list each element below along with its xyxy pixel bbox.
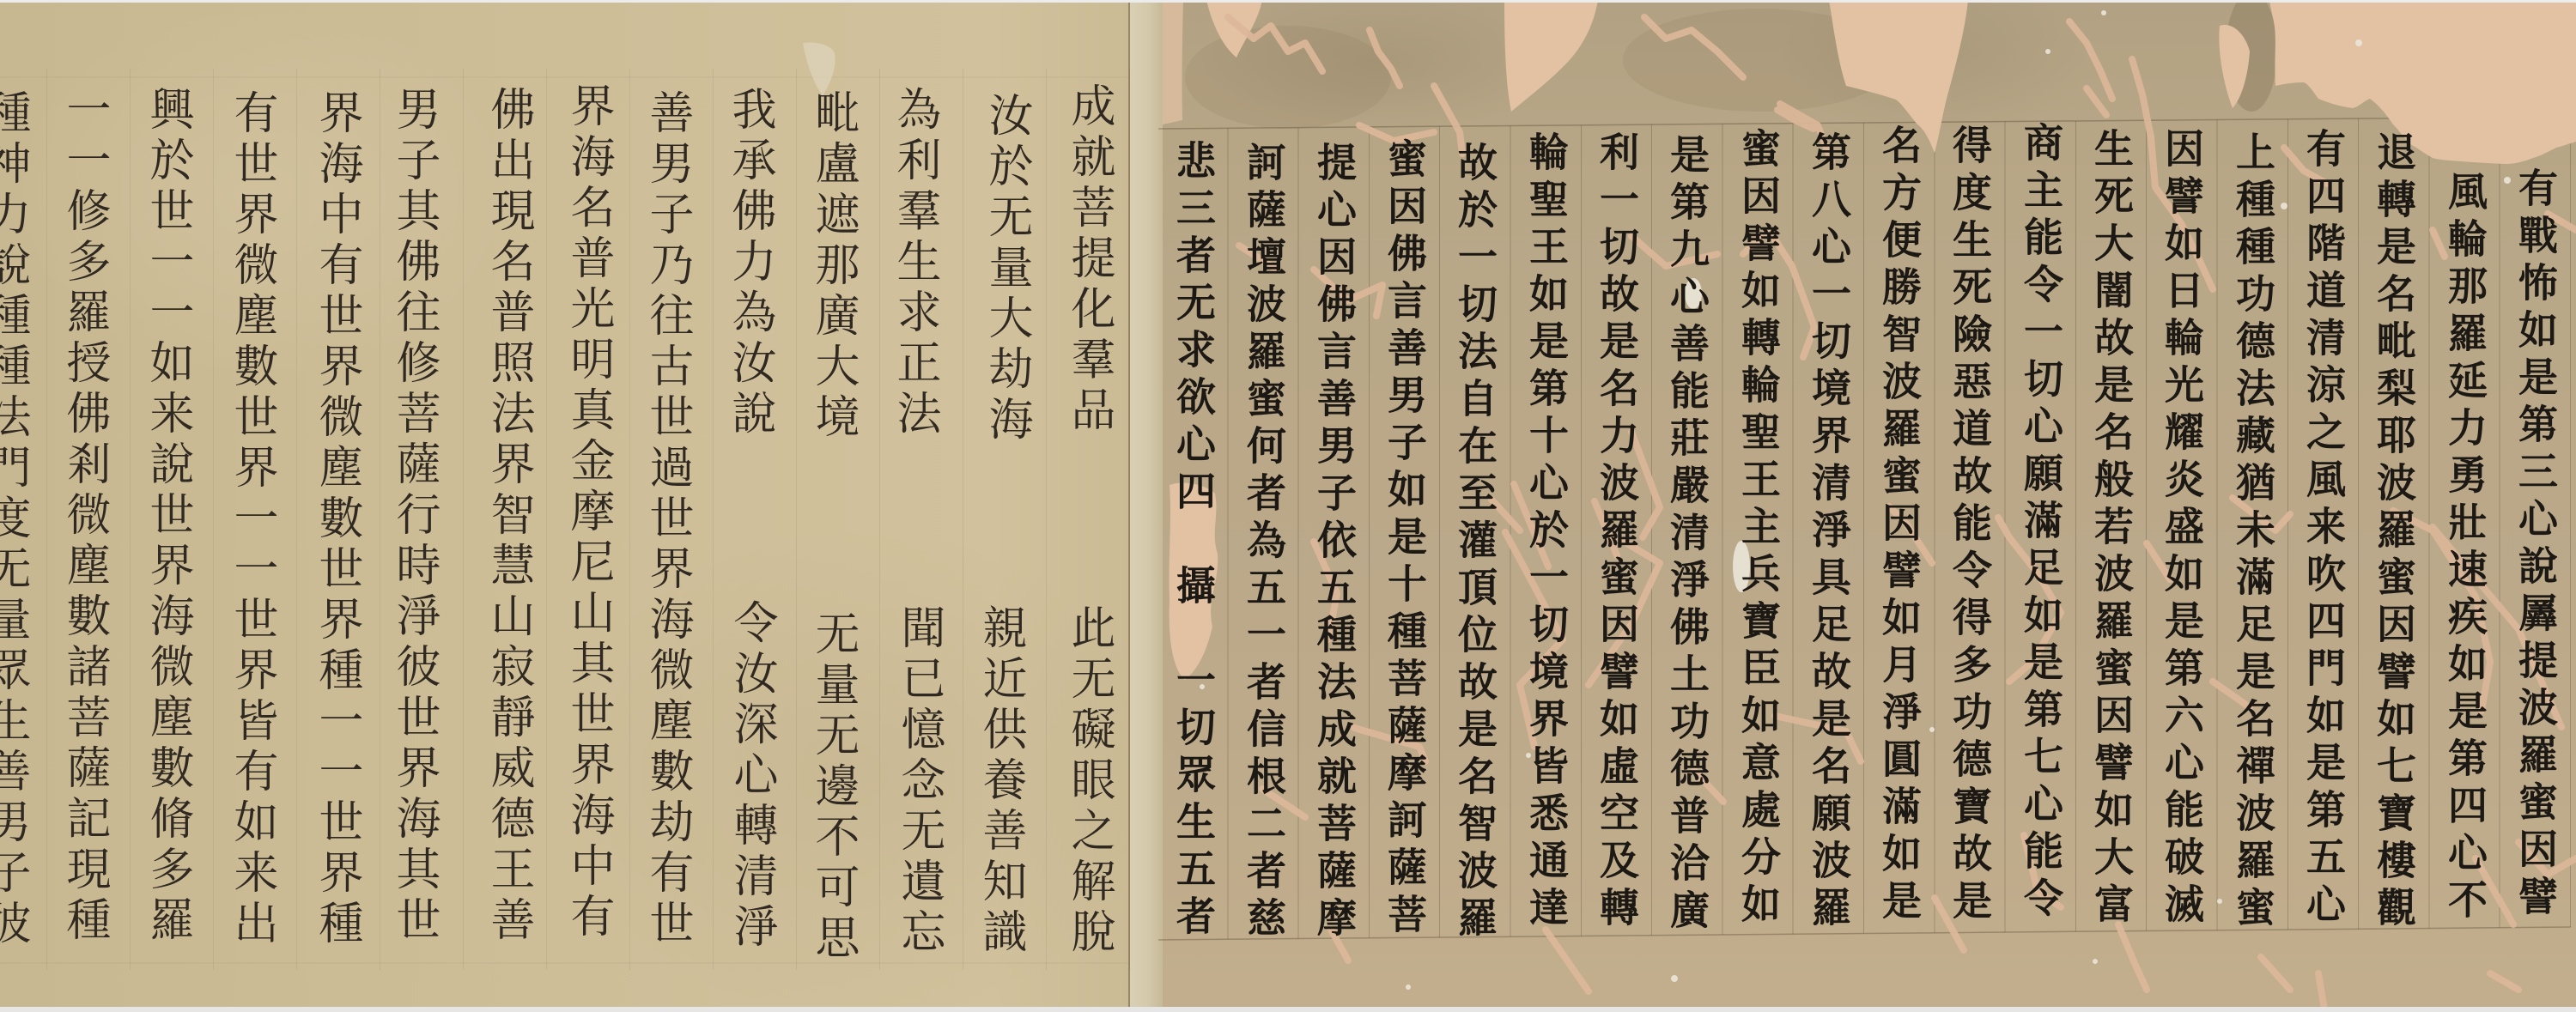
text-column: 界海名普光明真金摩尼山其世界海中有 [566, 82, 611, 943]
text-column: 名方便勝智波羅蜜因譬如月淨圓滿如是 [1880, 124, 1919, 927]
text-column: 善男子乃往古世過世界海微塵數劫有世 [645, 89, 690, 950]
text-column: 有戰怖如是第三心說羼提波羅蜜因譬 [2516, 167, 2555, 923]
text-column: 蜜因譬如轉輪聖王主兵寶臣如意處分如 [1739, 128, 1778, 930]
text-column: 有世界微塵數世界一一世界皆有如来出 [229, 89, 274, 950]
verse-line-lower: 此无礙眼之解脫 [1066, 604, 1111, 959]
verse-line-lower: 无量无邊不可思 [811, 610, 855, 965]
text-column: 因譬如日輪光耀炎盛如是第六心能破滅 [2162, 128, 2202, 930]
text-column: 界海中有世界微塵數世界種一一世界種 [314, 89, 359, 950]
text-column: 第八心一切境界清淨具足故是名願波羅 [1809, 131, 1849, 934]
verse-line-lower: 親近供養善知識 [978, 604, 1023, 959]
text-column: 故於一切法自在至灌頂位故是名智波羅 [1455, 142, 1495, 944]
text-column: 佛出現名普照法界智慧山寂靜威德王善 [486, 86, 531, 947]
text-column: 得度生死險惡道故能令得多功德寶故是 [1950, 124, 1990, 927]
text-column: 男子其佛往修菩薩行時淨彼世界海其世 [392, 86, 436, 947]
verse-line-upper: 毗盧遮那廣大境 [811, 89, 855, 444]
text-column: 風輪那羅延力勇壯速疾如是第四心不 [2445, 171, 2485, 926]
text-column: 訶薩壇波羅蜜何者為五一者信根二者慈 [1244, 142, 1284, 944]
text-column: 輪聖王如是第十心於一切境界皆悉通達 [1527, 131, 1566, 934]
text-column: 生死大闇故是名般若波羅蜜因譬如大富 [2092, 128, 2131, 930]
text-column: 商主能令一切心願滿足如是第七心能令 [2021, 122, 2061, 924]
verse-line-upper: 成就菩提化羣品 [1066, 82, 1111, 437]
text-column: 是第九心善能莊嚴清淨佛土功德普洽廣 [1668, 134, 1707, 936]
verse-line-upper: 汝於无量大劫海 [984, 92, 1029, 446]
text-column: 有四階道清涼之風来吹四門如是第五心 [2304, 128, 2343, 930]
text-column: 蜜因佛言善男子如是十種菩薩摩訶薩菩 [1385, 138, 1425, 941]
verse-line-upper: 為利羣生求正法 [892, 86, 937, 440]
text-column-damaged: 悲三者无求欲心四 攝 一切眾生五者 [1174, 140, 1213, 942]
text-column: 提心因佛言善男子依五種法成就菩薩摩 [1315, 142, 1354, 944]
text-column: 興於世一一如来說世界海微塵數脩多羅 [145, 86, 190, 947]
scan-edge-bottom [0, 1007, 2576, 1012]
scan-edge-top [0, 0, 2576, 3]
text-column-partial: 種神力說種種法門度无量眾生善男子彼 [0, 89, 27, 950]
verse-line-lower: 令汝深心轉清淨 [729, 599, 774, 954]
text-column: 退轉是名毗梨耶波羅蜜因譬如七寶樓觀 [2374, 131, 2414, 934]
text-column: 上種種功德法藏猶未滿足是名禪波羅蜜 [2233, 131, 2273, 934]
verse-line-upper: 我承佛力為汝說 [727, 86, 772, 440]
text-column: 利一切故是名力波羅蜜因譬如虛空及轉 [1597, 131, 1637, 934]
verse-line-lower: 聞已憶念无遺忘 [896, 604, 941, 959]
text-column: 一一修多羅授佛剎微塵數諸菩薩記現種 [62, 86, 106, 947]
